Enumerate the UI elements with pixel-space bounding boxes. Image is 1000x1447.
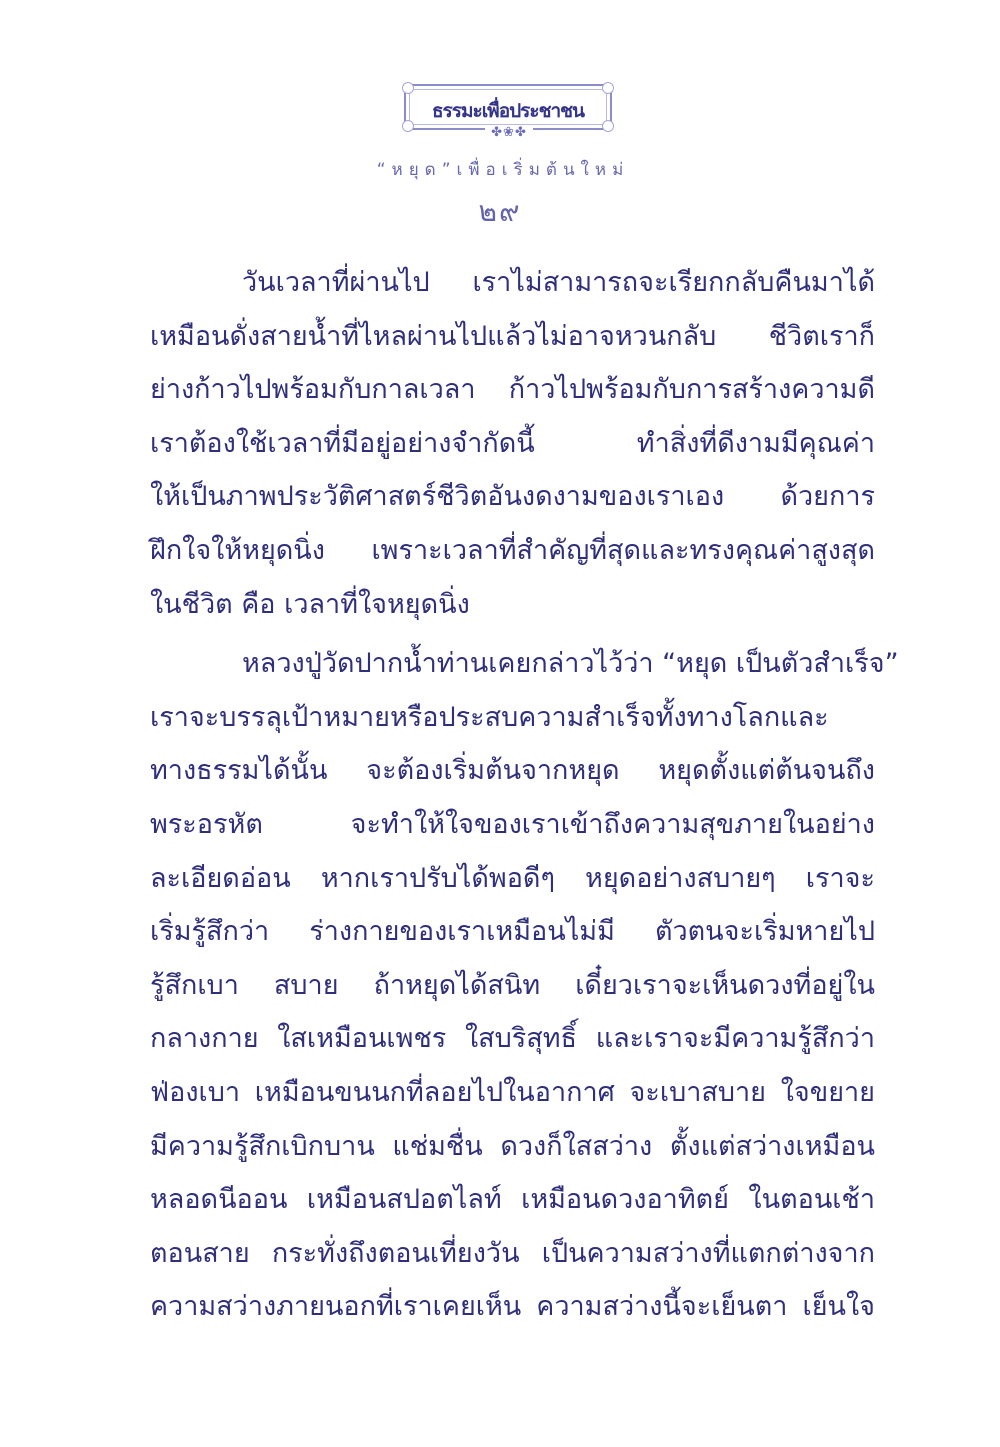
paragraph-1: วันเวลาที่ผ่านไป เราไม่สามารถจะเรียกกลับ… [150, 256, 875, 631]
document-page: ธรรมะเพื่อประชาชน ✤❀✤ “หยุด”เพื่อเริ่มต้… [0, 0, 1000, 1447]
logo-title: ธรรมะเพื่อประชาชน [406, 96, 610, 126]
text-line: ย่างก้าวไปพร้อมกับกาลเวลา ก้าวไปพร้อมกับ… [150, 363, 875, 417]
text-line: หลวงปู่วัดปากน้ำท่านเคยกล่าวไว้ว่า “หยุด… [150, 637, 875, 691]
text-line: เราต้องใช้เวลาที่มีอยู่อย่างจำกัดนี้ ทำส… [150, 417, 875, 471]
text-line: เราจะบรรลุเป้าหมายหรือประสบความสำเร็จทั้… [150, 691, 875, 745]
text-line: พระอรหัต จะทำให้ใจของเราเข้าถึงความสุขภา… [150, 798, 875, 852]
text-line: ฝึกใจให้หยุดนิ่ง เพราะเวลาที่สำคัญที่สุด… [150, 524, 875, 578]
corner-ornament-icon [402, 82, 414, 94]
corner-ornament-icon [602, 82, 614, 94]
page-number: ๒๙ [0, 190, 1000, 234]
text-line: ในชีวิต คือ เวลาที่ใจหยุดนิ่ง [150, 578, 875, 632]
body-text: วันเวลาที่ผ่านไป เราไม่สามารถจะเรียกกลับ… [150, 256, 875, 1334]
text-line: เหมือนดั่งสายน้ำที่ไหลผ่านไปแล้วไม่อาจหว… [150, 310, 875, 364]
chapter-subtitle: “หยุด”เพื่อเริ่มต้นใหม่ [0, 156, 1000, 183]
text-line: ละเอียดอ่อน หากเราปรับได้พอดีๆ หยุดอย่าง… [150, 852, 875, 906]
text-line: หลอดนีออน เหมือนสปอตไลท์ เหมือนดวงอาทิตย… [150, 1173, 875, 1227]
text-line: เริ่มรู้สึกว่า ร่างกายของเราเหมือนไม่มี … [150, 905, 875, 959]
text-line: วันเวลาที่ผ่านไป เราไม่สามารถจะเรียกกลับ… [150, 256, 875, 310]
text-line: มีความรู้สึกเบิกบาน แช่มชื่น ดวงก็ใสสว่า… [150, 1120, 875, 1174]
text-line: ความสว่างภายนอกที่เราเคยเห็น ความสว่างนี… [150, 1280, 875, 1334]
paragraph-2: หลวงปู่วัดปากน้ำท่านเคยกล่าวไว้ว่า “หยุด… [150, 637, 875, 1334]
text-line: กลางกาย ใสเหมือนเพชร ใสบริสุทธิ์ และเราจ… [150, 1012, 875, 1066]
logo-frame: ธรรมะเพื่อประชาชน [404, 84, 612, 130]
text-line: ให้เป็นภาพประวัติศาสตร์ชีวิตอันงดงามของเ… [150, 470, 875, 524]
text-line: ฟ่องเบา เหมือนขนนกที่ลอยไปในอากาศ จะเบาส… [150, 1066, 875, 1120]
text-line: ตอนสาย กระทั่งถึงตอนเที่ยงวัน เป็นความสว… [150, 1227, 875, 1281]
floral-ornament-icon: ✤❀✤ [398, 126, 620, 140]
publication-logo: ธรรมะเพื่อประชาชน ✤❀✤ [398, 80, 620, 142]
text-line: ทางธรรมได้นั้น จะต้องเริ่มต้นจากหยุด หยุ… [150, 744, 875, 798]
text-line: รู้สึกเบา สบาย ถ้าหยุดได้สนิท เดี๋ยวเราจ… [150, 959, 875, 1013]
